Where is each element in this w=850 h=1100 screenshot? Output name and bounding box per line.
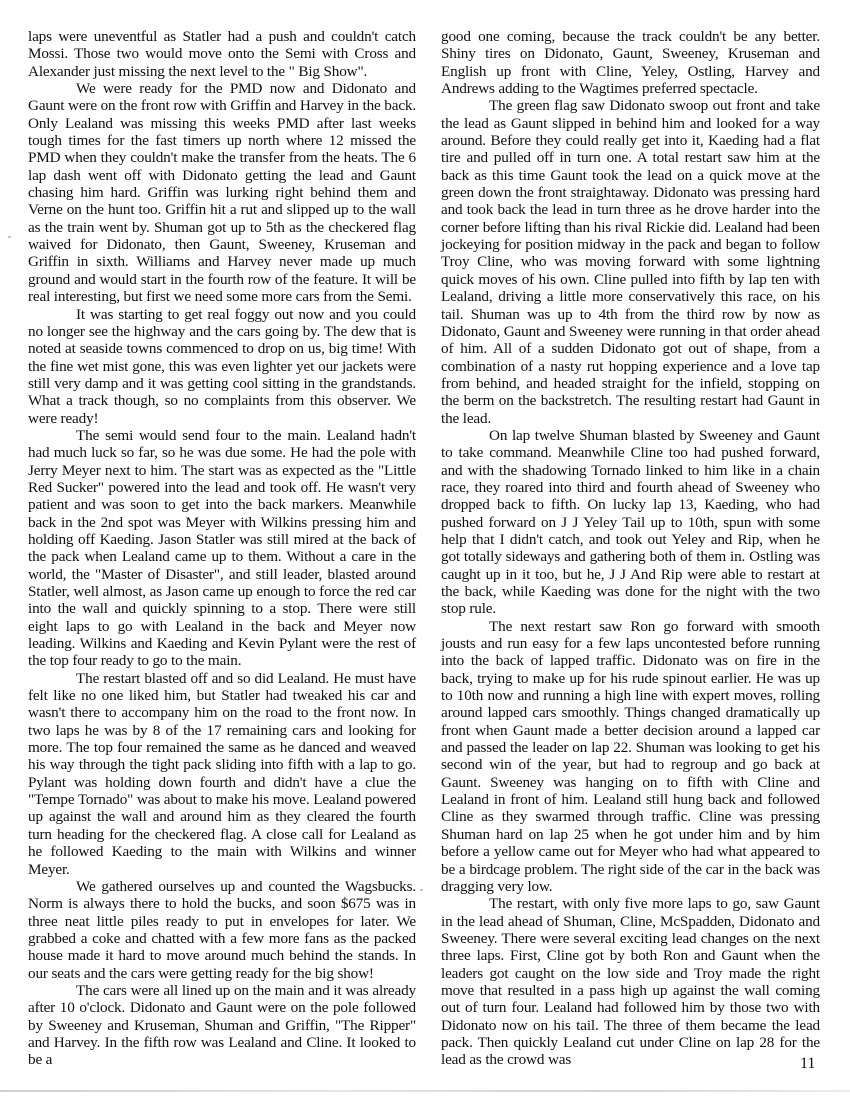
page-number: 11 — [800, 1055, 815, 1073]
paragraph: The cars were all lined up on the main a… — [28, 982, 416, 1069]
paragraph: On lap twelve Shuman blasted by Sweeney … — [441, 427, 820, 618]
scan-artifact — [8, 236, 11, 238]
bottom-rule — [0, 1090, 850, 1092]
paragraph: The next restart saw Ron go forward with… — [441, 618, 820, 896]
paragraph: good one coming, because the track could… — [441, 28, 820, 97]
paragraph: The restart blasted off and so did Leala… — [28, 670, 416, 878]
document-page: laps were uneventful as Statler had a pu… — [0, 0, 850, 1100]
paragraph: laps were uneventful as Statler had a pu… — [28, 28, 416, 80]
right-column: good one coming, because the track could… — [441, 28, 820, 1069]
paragraph: We were ready for the PMD now and Didona… — [28, 80, 416, 305]
paragraph: The restart, with only five more laps to… — [441, 895, 820, 1068]
paragraph: We gathered ourselves up and counted the… — [28, 878, 416, 982]
scan-artifact — [420, 889, 423, 891]
paragraph: The green flag saw Didonato swoop out fr… — [441, 97, 820, 427]
paragraph: It was starting to get real foggy out no… — [28, 306, 416, 427]
paragraph: The semi would send four to the main. Le… — [28, 427, 416, 670]
left-column: laps were uneventful as Statler had a pu… — [28, 28, 416, 1069]
